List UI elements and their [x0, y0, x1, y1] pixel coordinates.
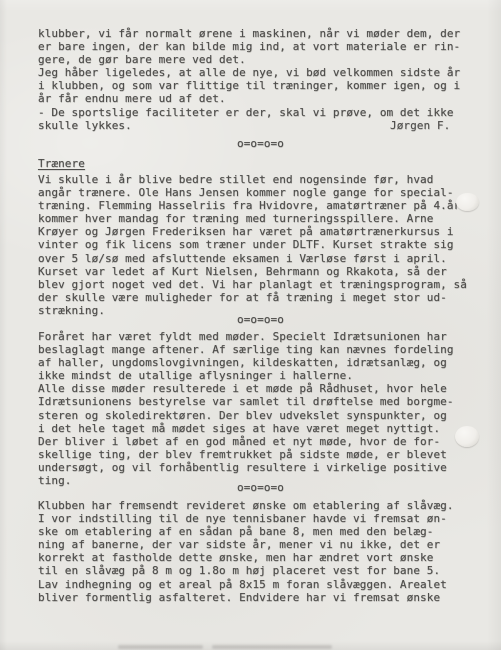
scan-edge-smudge	[212, 645, 332, 649]
section-heading-trainers: Trænere	[38, 157, 483, 170]
paragraph-trainers: Vi skulle i år blive bedre stillet end n…	[38, 173, 483, 317]
signature: Jørgen F.	[390, 119, 450, 132]
paper-blemish	[455, 426, 479, 447]
scan-edge-smudge	[118, 645, 203, 649]
section-separator: o=o=o=o	[38, 481, 483, 494]
paragraph-intro: klubber, vi får normalt ørene i maskinen…	[38, 27, 483, 132]
section-separator: o=o=o=o	[38, 313, 483, 326]
paragraph-meetings: Foråret har været fyldt med møder. Speci…	[38, 330, 483, 487]
section-separator: o=o=o=o	[38, 137, 483, 150]
paper-blemish	[456, 193, 479, 211]
scanned-document-page: klubber, vi får normalt ørene i maskinen…	[0, 0, 501, 650]
paragraph-practice-wall: Klubben har fremsendt revideret ønske om…	[38, 499, 483, 604]
section-heading-label: Trænere	[38, 157, 85, 170]
